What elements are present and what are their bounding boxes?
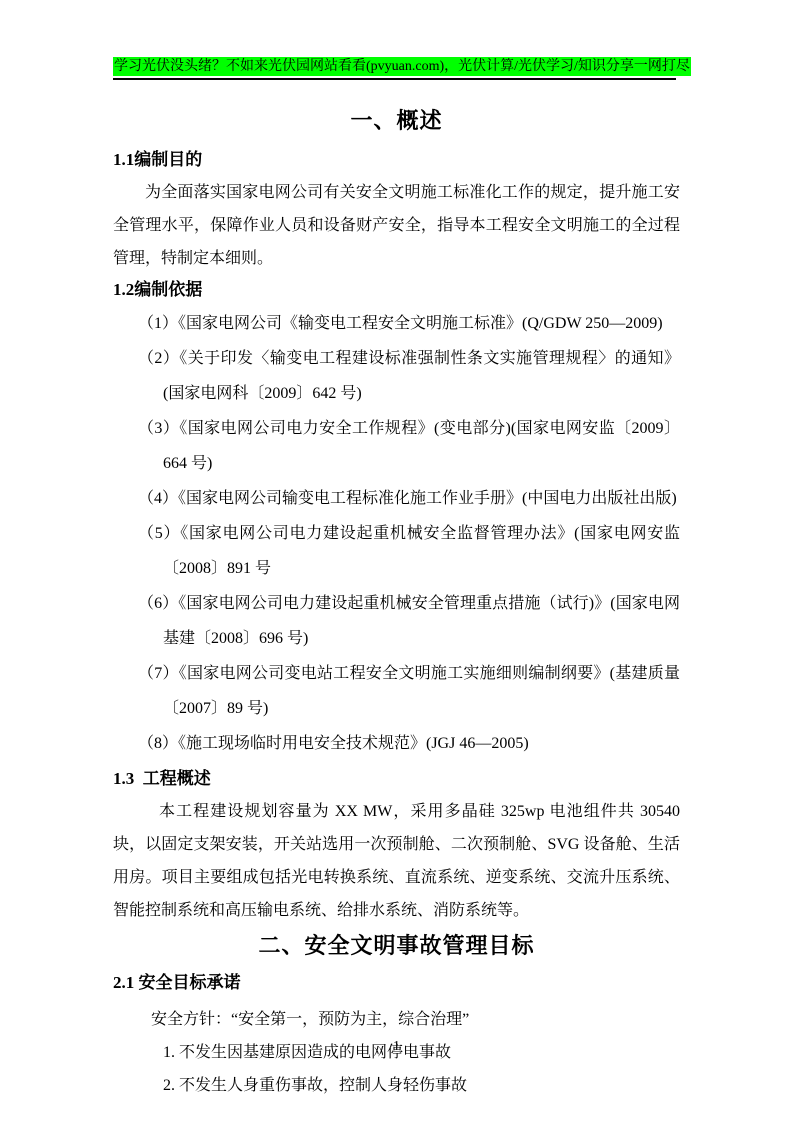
reference-list: （1）《国家电网公司《输变电工程安全文明施工标准》(Q/GDW 250—2009… [113, 306, 680, 761]
heading-1-2-basis: 1.2编制依据 [113, 278, 680, 302]
heading-1-1-purpose: 1.1编制目的 [113, 148, 680, 172]
reference-item-1: （1）《国家电网公司《输变电工程安全文明施工标准》(Q/GDW 250—2009… [113, 306, 680, 341]
reference-item-3: （3）《国家电网公司电力安全工作规程》(变电部分)(国家电网安监〔2009〕66… [113, 411, 680, 481]
reference-item-6: （6）《国家电网公司电力建设起重机械安全管理重点措施（试行)》(国家电网基建〔2… [113, 586, 680, 656]
reference-item-8: （8）《施工现场临时用电安全技术规范》(JGJ 46—2005) [113, 726, 680, 761]
reference-item-5: （5）《国家电网公司电力建设起重机械安全监督管理办法》(国家电网安监〔2008〕… [113, 516, 680, 586]
paragraph-project-overview: 本工程建设规划容量为 XX MW，采用多晶硅 325wp 电池组件共 30540… [113, 795, 680, 927]
paragraph-purpose: 为全面落实国家电网公司有关安全文明施工标准化工作的规定，提升施工安全管理水平，保… [113, 176, 680, 275]
reference-item-2: （2）《关于印发〈输变电工程建设标准强制性条文实施管理规程〉的通知》(国家电网科… [113, 341, 680, 411]
section-1-title: 一、概述 [113, 106, 680, 136]
safety-policy-line: 安全方针：“安全第一，预防为主，综合治理” [113, 1003, 680, 1036]
header-promo-text: 学习光伏没头绪？不如来光伏园网站看看(pvyuan.com)，光伏计算/光伏学习… [113, 57, 691, 76]
section-2-title: 二、安全文明事故管理目标 [113, 931, 680, 961]
document-body: 一、概述 1.1编制目的 为全面落实国家电网公司有关安全文明施工标准化工作的规定… [113, 100, 680, 1102]
document-page: 学习光伏没头绪？不如来光伏园网站看看(pvyuan.com)，光伏计算/光伏学习… [0, 0, 793, 1122]
reference-item-4: （4）《国家电网公司输变电工程标准化施工作业手册》(中国电力出版社出版) [113, 481, 680, 516]
safety-goal-2: 2. 不发生人身重伤事故，控制人身轻伤事故 [113, 1069, 680, 1102]
heading-1-3-project-overview: 1.3 工程概述 [113, 767, 680, 791]
page-header: 学习光伏没头绪？不如来光伏园网站看看(pvyuan.com)，光伏计算/光伏学习… [113, 57, 676, 80]
reference-item-7: （7）《国家电网公司变电站工程安全文明施工实施细则编制纲要》(基建质量〔2007… [113, 656, 680, 726]
heading-2-1-safety-commitment: 2.1 安全目标承诺 [113, 971, 680, 995]
page-number: 1 [0, 1038, 793, 1056]
